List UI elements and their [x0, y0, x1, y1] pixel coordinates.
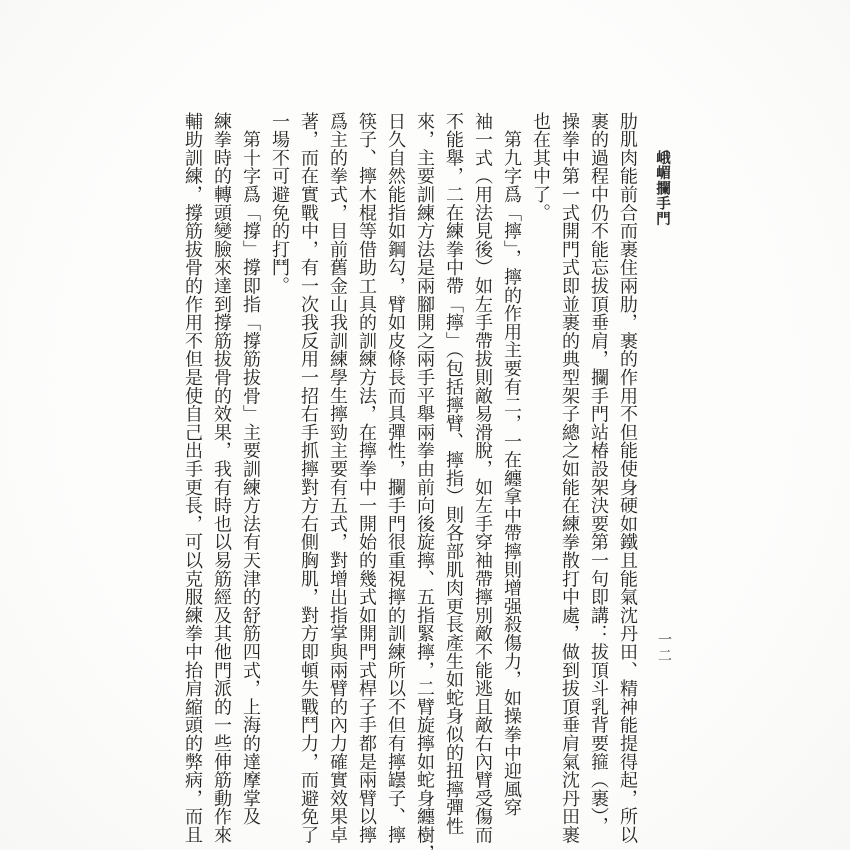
- running-head-title: 峨嵋攔手門: [652, 150, 673, 240]
- text-column: 袖一式（用法見後）如左手帶拔則敵易滑脫，如左手穿袖帶擰別敵不能逃且敵右內臂受傷而: [468, 112, 497, 850]
- text-column: 日久自然能指如鋼勾，臂如皮條長而具彈性，攔手門很重視擰的訓練所以不但有擰罎子、擰: [381, 112, 410, 850]
- text-column: 練拳時的轉頭變臉來達到撐筋拔骨的效果，我有時也以易筋經及其他門派的一些伸筋動作來: [207, 112, 236, 850]
- text-column: 一場不可避免的打鬥。: [265, 112, 294, 850]
- text-column: 輔助訓練，撐筋拔骨的作用不但是使自己出手更長，可以克服練拳中抬肩縮頭的弊病，而且: [178, 112, 207, 850]
- text-column: 爲主的拳式，目前舊金山我訓練學生擰勁主要有五式，對增出指掌與兩臂的內力確實效果卓: [323, 112, 352, 850]
- text-column: 肋肌肉能前合而裹住兩肋，裹的作用不但能使身硬如鐵且能氣沈丹田、精神能提得起，所以: [613, 112, 642, 850]
- body-text: 肋肌肉能前合而裹住兩肋，裹的作用不但能使身硬如鐵且能氣沈丹田、精神能提得起，所以…: [178, 112, 642, 850]
- text-column: 也在其中了。: [526, 112, 555, 850]
- text-column: 裹的過程中仍不能忘拔頂垂肩，攔手門站椿設架決要第一句即講：拔頂斗乳背要箍（裹），: [584, 112, 613, 850]
- text-column: 筷子、擰木棍等借助工具的訓練方法，在擰拳中一開始的幾式如開門式桿子手都是兩臂以擰: [352, 112, 381, 850]
- text-column: 著，而在實戰中，有一次我反用一招右手抓擰對方右側胸肌，對方即頓失戰鬥力，而避免了: [294, 112, 323, 850]
- text-column: 來，主要訓練方法是兩腳開之兩手平舉兩拳由前向後旋擰、五指緊擰，二臂旋擰如蛇身纏樹…: [410, 112, 439, 850]
- book-page: 峨嵋攔手門 一二 肋肌肉能前合而裹住兩肋，裹的作用不但能使身硬如鐵且能氣沈丹田、…: [0, 0, 850, 850]
- page-number: 一二: [653, 632, 673, 672]
- text-column: 操拳中第一式開門式即並裹的典型架子總之如能在練拳散打中處，做到拔頂垂肩氣沈丹田裹: [555, 112, 584, 850]
- text-column: 第九字爲「擰」，擰的作用主要有二，一在纏拿中帶擰則增强殺傷力，如操拳中迎風穿: [497, 112, 526, 850]
- text-column: 不能舉，二在練拳中帶「擰」（包括擰臂、擰指）則各部肌肉更長產生如蛇身似的扭擰彈性: [439, 112, 468, 850]
- text-column: 第十字爲「撐」撐即指「撐筋拔骨」主要訓練方法有天津的舒筋四式，上海的達摩掌及: [236, 112, 265, 850]
